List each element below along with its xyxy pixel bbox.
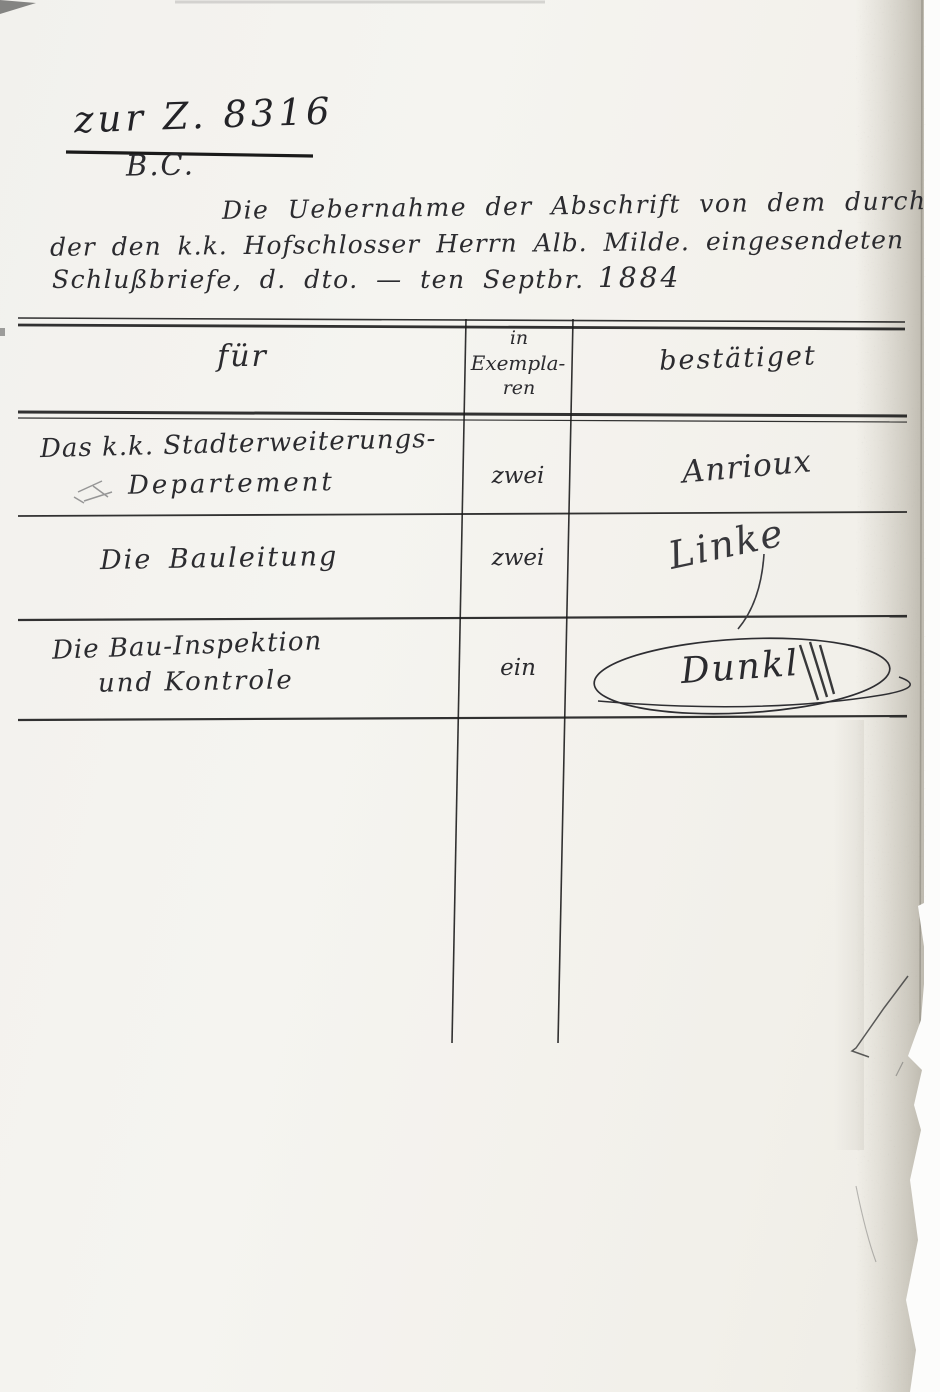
- table-header-exemplare-line2: Exempla-: [464, 352, 572, 374]
- table-header-exemplare-line3: ren: [468, 378, 570, 399]
- reference-office: B.C.: [126, 149, 195, 182]
- row3-signature: Dunkl: [629, 640, 851, 695]
- scanned-document-page: zur Z. 8316 B.C. Die Uebernahme der Absc…: [0, 0, 940, 1392]
- row2-copies: zwei: [468, 546, 568, 571]
- signature-descender-stroke: [738, 554, 764, 629]
- note-line-3: Schlußbriefe, d. dto. — ten Septbr.: [52, 266, 585, 294]
- row1-recipient-line1: Das k.k. Stadterweiterungs-: [40, 425, 437, 464]
- scan-edge-shadow-inner: [834, 720, 864, 1150]
- reference-number: zur Z. 8316: [73, 91, 334, 141]
- row3-copies: ein: [468, 656, 568, 681]
- ink-smudge: [74, 481, 112, 503]
- note-year: 1884: [598, 263, 681, 294]
- row3-recipient-line1: Die Bau-Inspektion: [52, 627, 323, 665]
- note-line-2: der den k.k. Hofschlosser Herrn Alb. Mil…: [50, 226, 904, 261]
- left-edge-mark: [0, 328, 5, 336]
- table-header-fuer: für: [20, 340, 465, 373]
- top-left-corner-mark: [0, 0, 36, 14]
- row1-signature: Anrioux: [601, 437, 893, 496]
- note-line-1: Die Uebernahme der Abschrift von dem dur…: [222, 187, 927, 224]
- row2-recipient-line1: Die Bauleitung: [100, 542, 339, 576]
- row1-recipient-line2: Departement: [128, 468, 335, 500]
- row1-copies: zwei: [468, 464, 568, 489]
- table-header-exemplare-line1: in: [468, 328, 570, 349]
- row2-signature: Linke: [665, 512, 789, 577]
- row3-recipient-line2: und Kontrole: [98, 666, 294, 698]
- table-header-bestaetiget: bestätiget: [578, 338, 899, 379]
